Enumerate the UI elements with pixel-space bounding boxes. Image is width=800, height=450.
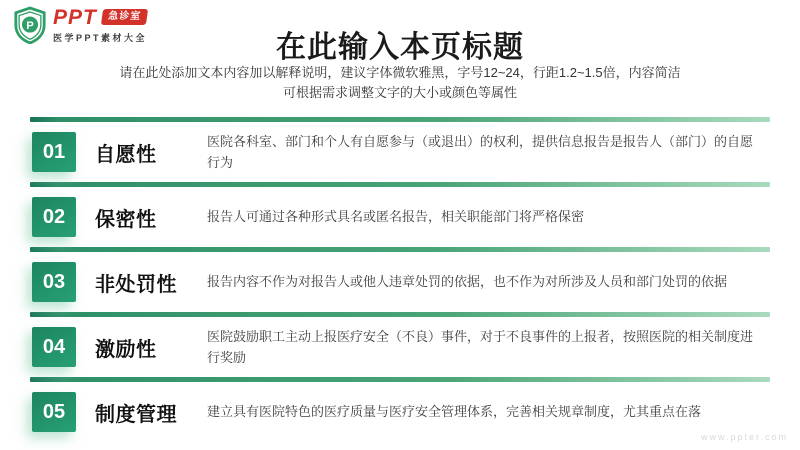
list-item: 02 保密性 报告人可通过各种形式具名或匿名报告，相关职能部门将严格保密	[30, 182, 770, 247]
list-item: 01 自愿性 医院各科室、部门和个人有自愿参与（或退出）的权利，提供信息报告是报…	[30, 117, 770, 182]
site-watermark: www.ppter.com	[701, 432, 788, 442]
row-description: 建立具有医院特色的医疗质量与医疗安全管理体系，完善相关规章制度，尤其重点在落	[207, 401, 770, 422]
row-title: 制度管理	[95, 398, 207, 427]
row-description: 报告内容不作为对报告人或他人违章处罚的依据，也不作为对所涉及人员和部门处罚的依据	[207, 271, 770, 292]
row-description: 报告人可通过各种形式具名或匿名报告，相关职能部门将严格保密	[207, 206, 770, 227]
row-description: 医院鼓励职工主动上报医疗安全（不良）事件，对于不良事件的上报者，按照医院的相关制…	[207, 326, 770, 369]
list-item: 05 制度管理 建立具有医院特色的医疗质量与医疗安全管理体系，完善相关规章制度，…	[30, 377, 770, 442]
row-number-badge: 01	[32, 132, 76, 172]
slide: P PPT 急诊室 医学PPT素材大全 在此输入本页标题 请在此处添加文本内容加…	[0, 0, 800, 450]
row-description: 医院各科室、部门和个人有自愿参与（或退出）的权利，提供信息报告是报告人（部门）的…	[207, 131, 770, 174]
row-title: 保密性	[95, 203, 207, 232]
row-title: 自愿性	[95, 138, 207, 167]
page-title: 在此输入本页标题	[0, 22, 800, 66]
list-item: 04 激励性 医院鼓励职工主动上报医疗安全（不良）事件，对于不良事件的上报者，按…	[30, 312, 770, 377]
subtitle-line-1: 请在此处添加文本内容加以解释说明，建议字体微软雅黑，字号12~24，行距1.2~…	[0, 63, 800, 83]
row-title: 非处罚性	[95, 268, 207, 297]
subtitle-line-2: 可根据需求调整文字的大小或颜色等属性	[0, 83, 800, 103]
row-number-badge: 05	[32, 392, 76, 432]
row-title: 激励性	[95, 333, 207, 362]
row-number-badge: 02	[32, 197, 76, 237]
row-number-badge: 03	[32, 262, 76, 302]
list-item: 03 非处罚性 报告内容不作为对报告人或他人违章处罚的依据，也不作为对所涉及人员…	[30, 247, 770, 312]
page-subtitle: 请在此处添加文本内容加以解释说明，建议字体微软雅黑，字号12~24，行距1.2~…	[0, 63, 800, 103]
principles-list: 01 自愿性 医院各科室、部门和个人有自愿参与（或退出）的权利，提供信息报告是报…	[30, 117, 770, 442]
row-number-badge: 04	[32, 327, 76, 367]
